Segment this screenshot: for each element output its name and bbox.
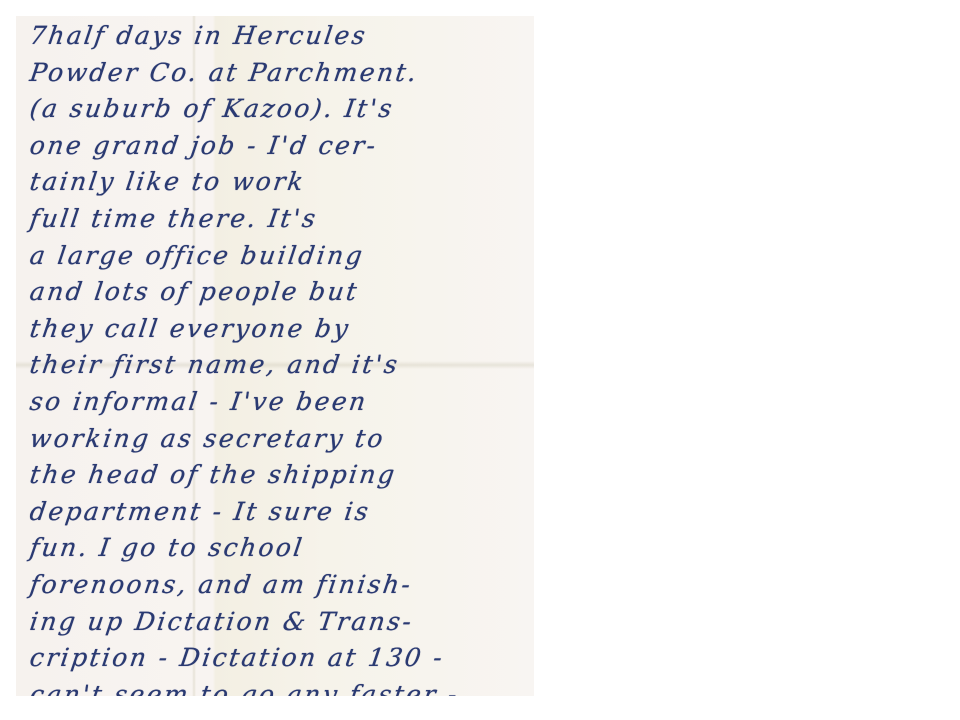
text-line: forenoons, and am finish- — [27, 567, 532, 604]
text-line: ing up Dictation & Trans- — [27, 604, 532, 641]
text-line: full time there. It's — [27, 201, 532, 238]
text-line: department - It sure is — [27, 494, 532, 531]
text-line: a large office building — [27, 238, 532, 275]
text-line: so informal - I've been — [27, 384, 532, 421]
text-line: can't seem to go any faster - — [27, 677, 532, 696]
text-line: working as secretary to — [27, 421, 532, 458]
text-line: cription - Dictation at 130 - — [27, 640, 532, 677]
handwritten-text: 7half days in Hercules Powder Co. at Par… — [30, 18, 530, 696]
text-line: fun. I go to school — [27, 530, 532, 567]
text-line: one grand job - I'd cer- — [27, 128, 532, 165]
letter-page: 7half days in Hercules Powder Co. at Par… — [16, 16, 534, 696]
text-line: they call everyone by — [27, 311, 532, 348]
text-line: tainly like to work — [27, 164, 532, 201]
text-line: and lots of people but — [27, 274, 532, 311]
text-line: the head of the shipping — [27, 457, 532, 494]
text-line: their first name, and it's — [27, 347, 532, 384]
text-line: (a suburb of Kazoo). It's — [27, 91, 532, 128]
text-line: Powder Co. at Parchment. — [27, 55, 532, 92]
text-line: 7half days in Hercules — [27, 18, 532, 55]
